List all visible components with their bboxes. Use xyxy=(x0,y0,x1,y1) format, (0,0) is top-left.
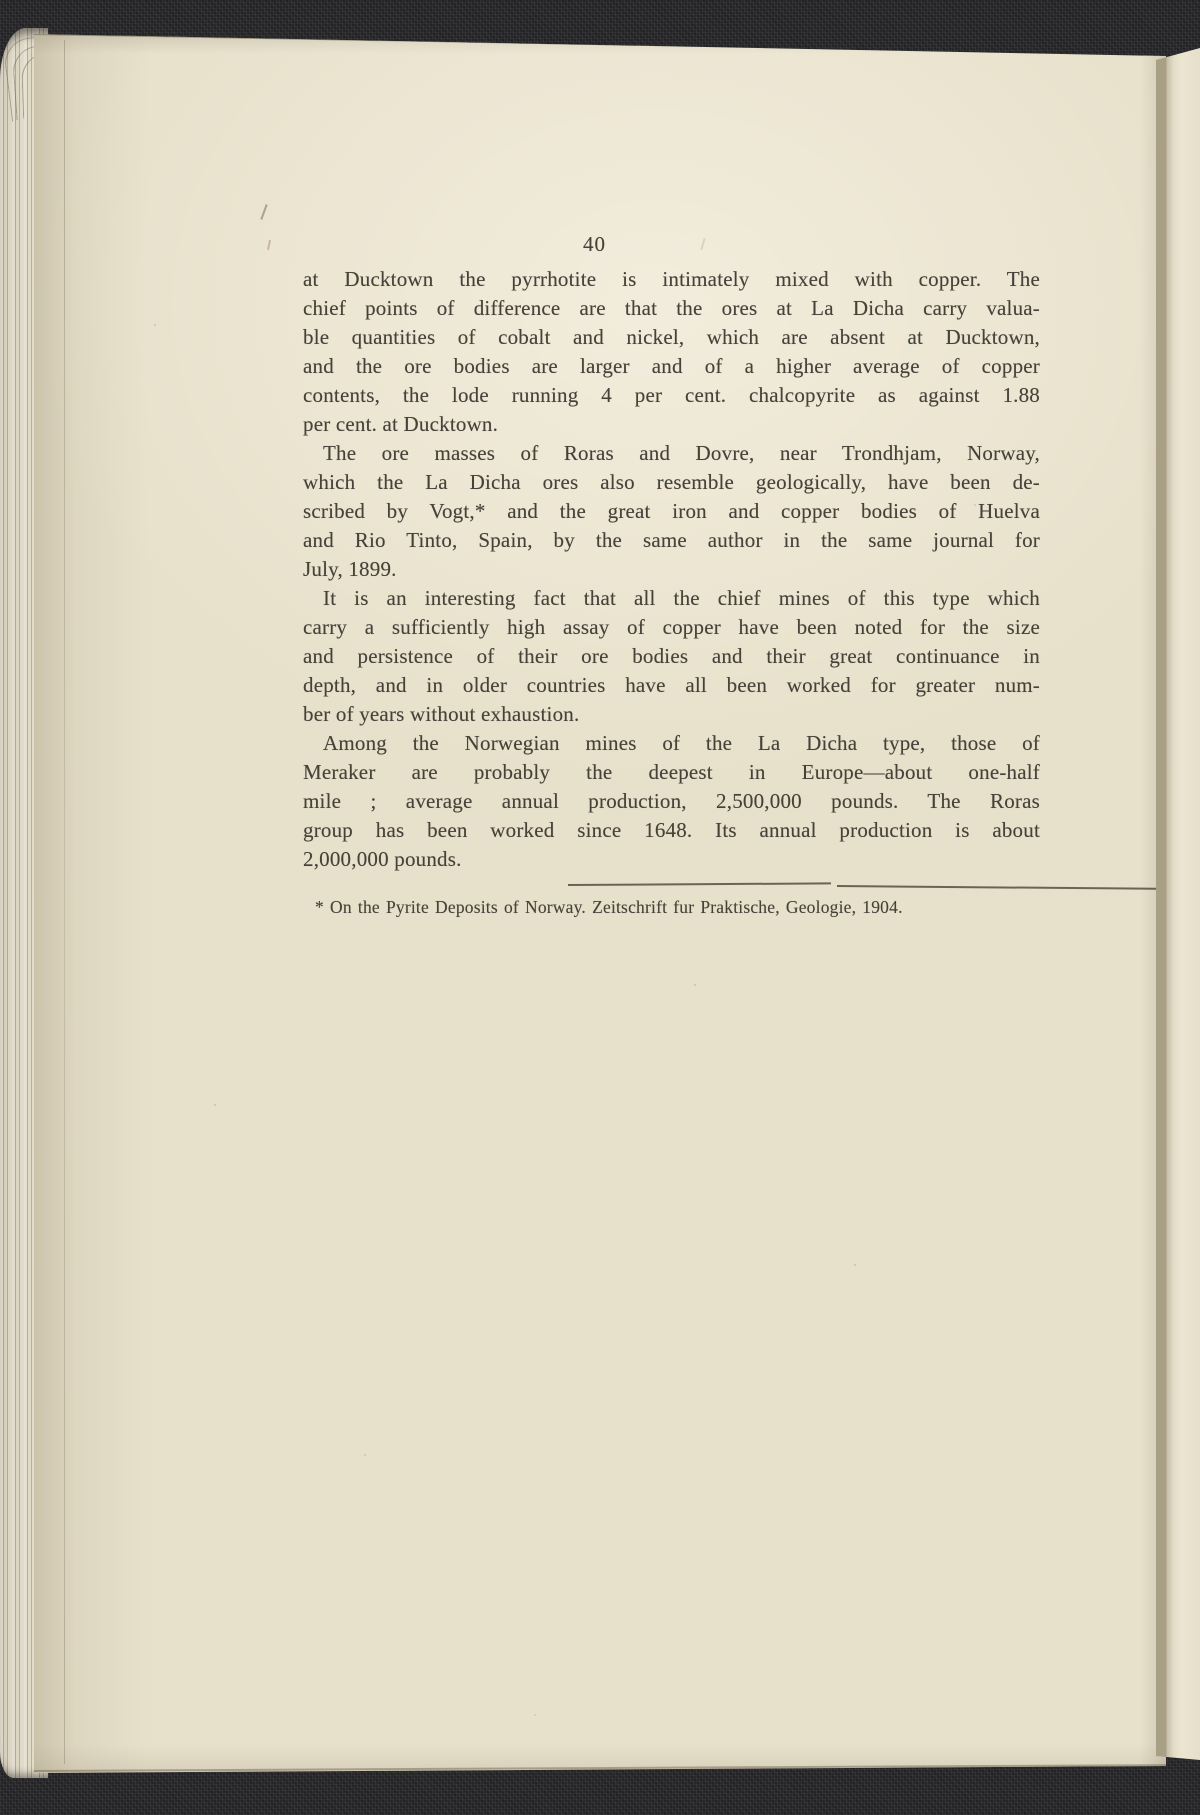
text-line: chief points of difference are that the … xyxy=(303,294,1040,323)
text-line: The ore masses of Roras and Dovre, near … xyxy=(303,439,1040,468)
text-line: 2,000,000 pounds. xyxy=(303,845,1040,874)
text-line: group has been worked since 1648. Its an… xyxy=(303,816,1040,845)
page-content: 40 at Ducktown the pyrrhotite is intimat… xyxy=(303,24,1040,1778)
text-line: July, 1899. xyxy=(303,555,1040,584)
text-line: which the La Dicha ores also resemble ge… xyxy=(303,468,1040,497)
scan-specks xyxy=(154,324,156,326)
text-line: ble quantities of cobalt and nickel, whi… xyxy=(303,323,1040,352)
text-line: Among the Norwegian mines of the La Dich… xyxy=(303,729,1040,758)
book-page: 40 at Ducktown the pyrrhotite is intimat… xyxy=(34,24,1166,1778)
text-line: and persistence of their ore bodies and … xyxy=(303,642,1040,671)
scan-mark xyxy=(260,204,267,220)
text-line: ber of years without exhaustion. xyxy=(303,700,1040,729)
text-line: mile ; average annual production, 2,500,… xyxy=(303,787,1040,816)
footnote-rule-left xyxy=(568,882,831,886)
footnote-rule-right xyxy=(837,885,1200,891)
scanned-book-photo: 40 at Ducktown the pyrrhotite is intimat… xyxy=(0,0,1200,1815)
text-line: contents, the lode running 4 per cent. c… xyxy=(303,381,1040,410)
text-line: and Rio Tinto, Spain, by the same author… xyxy=(303,526,1040,555)
text-line: at Ducktown the pyrrhotite is intimately… xyxy=(303,265,1040,294)
text-line: It is an interesting fact that all the c… xyxy=(303,584,1040,613)
adjacent-page-edge xyxy=(1156,46,1200,1760)
body-text: at Ducktown the pyrrhotite is intimately… xyxy=(303,265,1040,874)
text-line: and the ore bodies are larger and of a h… xyxy=(303,352,1040,381)
text-line: scribed by Vogt,* and the great iron and… xyxy=(303,497,1040,526)
text-line: depth, and in older countries have all b… xyxy=(303,671,1040,700)
footnote: * On the Pyrite Deposits of Norway. Zeit… xyxy=(303,897,1040,918)
text-line: Meraker are probably the deepest in Euro… xyxy=(303,758,1040,787)
page-number: 40 xyxy=(226,232,963,257)
under-page-edge-line xyxy=(64,40,65,1764)
text-line: per cent. at Ducktown. xyxy=(303,410,1040,439)
text-line: carry a sufficiently high assay of coppe… xyxy=(303,613,1040,642)
